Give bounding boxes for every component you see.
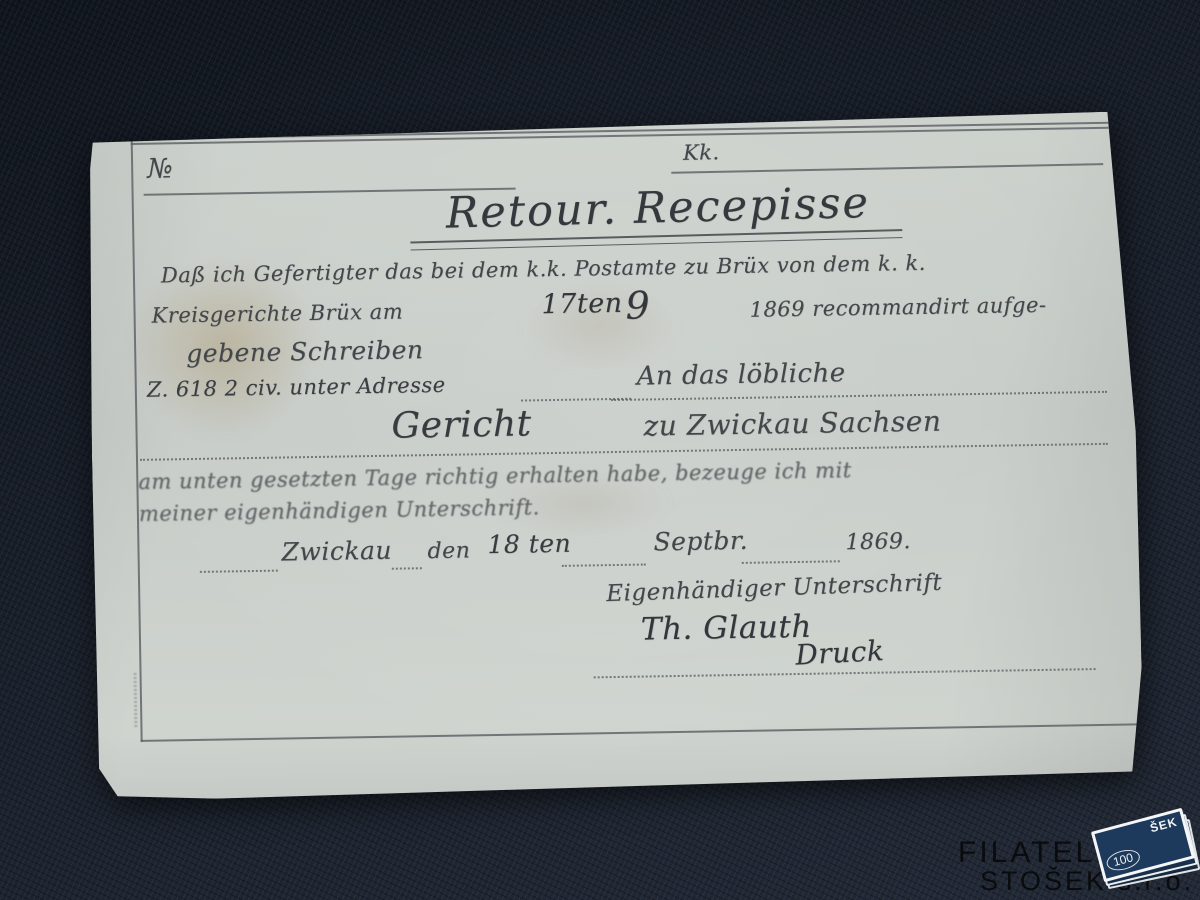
posting-day: 17ten <box>541 288 623 320</box>
addressee-place: zu Zwickau Sachsen <box>643 405 941 443</box>
date-dotted-line <box>392 567 422 569</box>
body-line-6: am unten gesetzten Tage richtig erhalten… <box>138 458 852 494</box>
banknote-value-label: 100 <box>1104 847 1142 874</box>
body-line-7: meiner eigenhändigen Unterschrift. <box>139 495 540 526</box>
banknote-currency-label: ŠEK <box>1148 815 1178 836</box>
paper-shadow-wrap: № Kk. Retour. Recepisse Daß ich Gefertig… <box>0 0 1200 900</box>
frame-left-line <box>131 138 143 742</box>
signature-name: Th. Glauth <box>641 609 812 648</box>
kreuzer-label: Kk. <box>683 140 720 165</box>
signature-dotted-line <box>594 668 1096 678</box>
retour-recepisse-document: № Kk. Retour. Recepisse Daß ich Gefertig… <box>87 111 1144 800</box>
addressee-intro-dotted-line <box>611 391 1107 401</box>
date-day: 18 ten <box>487 529 571 559</box>
date-year: 1869. <box>845 529 911 555</box>
date-month: Septbr. <box>653 526 748 557</box>
frame-bottom-line <box>141 723 1143 741</box>
posting-month: 9 <box>625 283 650 327</box>
signature-caption: Eigenhändiger Unterschrift <box>606 570 943 607</box>
banknote-stack-icon: ŠEK 100 <box>1090 810 1200 900</box>
body-line-3: gebene Schreiben <box>186 335 424 368</box>
addressee-dotted-line <box>140 443 1108 461</box>
reference-number: Z. 618 2 civ. unter Adresse <box>147 373 446 402</box>
printer-imprint-mark <box>134 673 138 729</box>
addressee-name: Gericht <box>391 403 532 446</box>
addressee-intro: An das löbliche <box>636 358 845 391</box>
date-dotted-line <box>742 560 840 564</box>
kreuzer-blank-line <box>671 163 1103 173</box>
date-place: Zwickau <box>281 536 392 567</box>
frame-top-line-outer <box>131 121 1133 139</box>
date-dotted-line <box>562 564 646 567</box>
body-line-2-suffix: 1869 recommandirt aufge- <box>749 293 1046 322</box>
date-den-word: den <box>427 538 470 564</box>
signature-annotation: Druck <box>795 634 886 672</box>
number-label: № <box>147 153 174 184</box>
body-line-2-prefix: Kreisgerichte Brüx am <box>151 299 403 327</box>
photo-background: № Kk. Retour. Recepisse Daß ich Gefertig… <box>0 0 1200 900</box>
body-line-1: Daß ich Gefertigter das bei dem k.k. Pos… <box>161 251 926 288</box>
date-dotted-line <box>200 570 278 573</box>
